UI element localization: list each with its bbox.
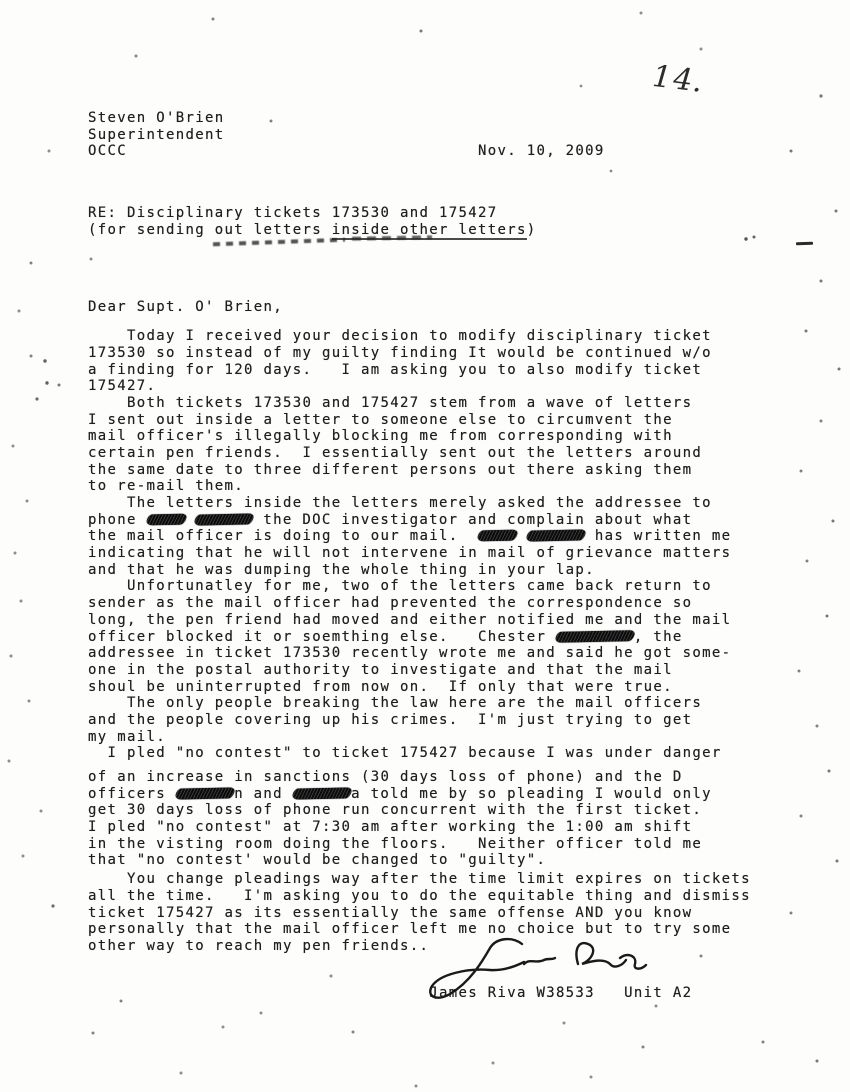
letter-line: Steven O'Brien (88, 110, 751, 127)
letter-line: 173530 so instead of my guilty finding I… (88, 345, 751, 362)
letter-line: The only people breaking the law here ar… (88, 695, 751, 712)
letter-line: shoul be uninterrupted from now on. If o… (88, 679, 751, 696)
letter-line: officers n and a told me by so pleading … (88, 786, 751, 803)
paragraph-4: Unfortunatley for me, two of the letters… (88, 578, 751, 695)
scribbled-redaction (145, 513, 187, 525)
letter-line: and that he was dumping the whole thing … (88, 562, 751, 579)
paragraph-1: Today I received your decision to modify… (88, 328, 751, 395)
letter-line: to re-mail them. (88, 478, 751, 495)
scan-noise-speckles (0, 0, 2, 2)
letter-line: I pled "no contest" to ticket 175427 bec… (88, 745, 751, 762)
handwritten-page-number: 14. (647, 59, 710, 100)
letter-body: Steven O'BrienSuperintendentOCCC Nov. 10… (88, 110, 751, 1001)
letter-line: I sent out inside a letter to someone el… (88, 412, 751, 429)
addressee-block: Steven O'BrienSuperintendentOCCC Nov. 10… (88, 110, 751, 160)
salutation: Dear Supt. O' Brien, (88, 299, 751, 316)
handwritten-signature-scrawl (424, 934, 654, 1000)
paragraph-3: The letters inside the letters merely as… (88, 495, 751, 578)
letter-line: certain pen friends. I essentially sent … (88, 445, 751, 462)
letter-line: OCCC Nov. 10, 2009 (88, 143, 751, 160)
letter-line: indicating that he will not intervene in… (88, 545, 751, 562)
paragraph-2: Both tickets 173530 and 175427 stem from… (88, 395, 751, 495)
scan-dash-artifact (796, 242, 813, 245)
letter-line: that "no contest' would be changed to "g… (88, 852, 751, 869)
letter-line: mail officer's illegally blocking me fro… (88, 428, 751, 445)
paragraph-6b: of an increase in sanctions (30 days los… (88, 769, 751, 869)
letter-line: officer blocked it or soemthing else. Ch… (88, 629, 751, 646)
scribbled-redaction (525, 530, 586, 542)
letter-line: phone the DOC investigator and complain … (88, 512, 751, 529)
letter-line: sender as the mail officer had prevented… (88, 595, 751, 612)
letter-line: The letters inside the letters merely as… (88, 495, 751, 512)
letter-line: ticket 175427 as its essentially the sam… (88, 905, 751, 922)
letter-line: Today I received your decision to modify… (88, 328, 751, 345)
scribbled-redaction (477, 530, 519, 542)
scanned-letter-page: 14. Steven O'BrienSuperintendentOCCC Nov… (0, 0, 850, 1092)
letter-line: RE: Disciplinary tickets 173530 and 1754… (88, 205, 751, 222)
scribbled-redaction (291, 787, 352, 799)
scribbled-redaction (555, 630, 636, 643)
letter-line: Superintendent (88, 127, 751, 144)
letter-line: and the people covering up his crimes. I… (88, 712, 751, 729)
letter-line: the mail officer is doing to our mail. h… (88, 528, 751, 545)
subject-block: RE: Disciplinary tickets 173530 and 1754… (88, 205, 751, 238)
paragraph-6a: I pled "no contest" to ticket 175427 bec… (88, 745, 751, 762)
letter-line: 175427. (88, 378, 751, 395)
letter-line: Unfortunatley for me, two of the letters… (88, 578, 751, 595)
letter-line: addressee in ticket 173530 recently wrot… (88, 645, 751, 662)
letter-line: one in the postal authority to investiga… (88, 662, 751, 679)
scribbled-redaction (194, 513, 255, 525)
letter-line: all the time. I'm asking you to do the e… (88, 888, 751, 905)
letter-line: my mail. (88, 729, 751, 746)
letter-line: You change pleadings way after the time … (88, 871, 751, 888)
letter-line: Both tickets 173530 and 175427 stem from… (88, 395, 751, 412)
letter-line: in the visting room doing the floors. Ne… (88, 836, 751, 853)
letter-line: the same date to three different persons… (88, 462, 751, 479)
letter-line: a finding for 120 days. I am asking you … (88, 362, 751, 379)
letter-line: get 30 days loss of phone run concurrent… (88, 802, 751, 819)
paragraph-5: The only people breaking the law here ar… (88, 695, 751, 745)
letter-line: I pled "no contest" at 7:30 am after wor… (88, 819, 751, 836)
letter-line: of an increase in sanctions (30 days los… (88, 769, 751, 786)
letter-line: Dear Supt. O' Brien, (88, 299, 751, 316)
scribbled-redaction (174, 787, 235, 799)
letter-line: long, the pen friend had moved and eithe… (88, 612, 751, 629)
